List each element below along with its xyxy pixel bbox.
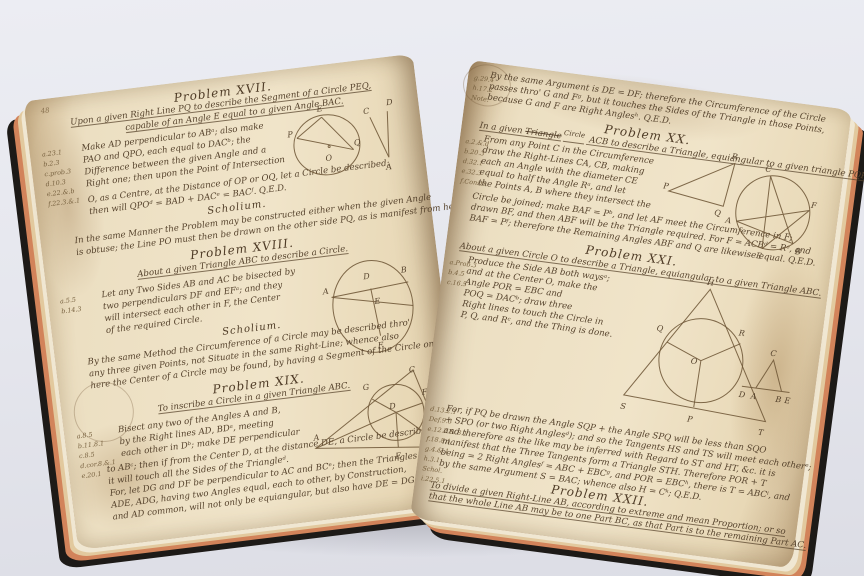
diagram-label: Q (714, 208, 722, 218)
diagram-label: E (755, 251, 763, 261)
center-dot (328, 145, 330, 147)
angle-figure (369, 111, 392, 159)
diagram-label: Q (656, 324, 664, 334)
diagram-label: P (286, 130, 294, 140)
diagram-label: R (737, 328, 745, 338)
diagram-label: C (363, 106, 370, 116)
diagram-circumscribed-triangle-p21: H Q R O S P T C D A B E (618, 268, 807, 443)
inserted-word: Circle (563, 129, 585, 140)
diagram-label: S (620, 402, 627, 412)
diagram-label: D (385, 97, 394, 107)
diagram-label: E (315, 104, 323, 114)
diagram-label: C (765, 164, 772, 174)
diagram-label: B (793, 247, 801, 257)
diagram-label: E (394, 451, 402, 461)
diagram-label: C (770, 349, 777, 359)
diagram-label: O (690, 356, 698, 366)
photo-of-open-manuscript-book: { "colors": { "backdrop": "#e6e7ee", "pa… (0, 0, 864, 576)
given-triangle-shape (742, 356, 794, 392)
diagram-label: F (810, 201, 818, 211)
diagram-label: O (325, 153, 333, 163)
diagram-label: Q (353, 138, 361, 148)
diagram-label: P (662, 181, 670, 191)
diagram-label: D (737, 390, 746, 400)
chord-lines (295, 114, 354, 156)
inscribed-star-lines (733, 173, 813, 255)
diagram-triangle-in-circle-p20: P R Q C F B E A (657, 147, 823, 266)
problem-18-margin-notes: a.5.5b.14.3 (59, 292, 101, 317)
diagram-label: E (783, 396, 791, 406)
diagram-label: A (749, 391, 757, 401)
diagram-label: D (388, 401, 397, 411)
diagram-label: A (321, 287, 329, 297)
diagram-label: A (385, 162, 393, 172)
diagram-label: D (362, 272, 371, 282)
diagram-label: G (362, 382, 370, 392)
right-page-content: g.29.4h.17.2Note. By the same Argument i… (420, 69, 829, 550)
diagram-circle-segment-p17: P E O Q C D A (285, 86, 410, 193)
diagram-label: A (724, 216, 732, 226)
diagram-label: C (408, 365, 415, 375)
left-page-content: 48 Problem XVII. Upon a given Right Line… (46, 64, 450, 532)
tangent-triangle-shape (623, 280, 782, 422)
diagram-label: R (730, 152, 738, 162)
diagram-label: H (706, 278, 716, 288)
left-page-assembly: 48 Problem XVII. Upon a given Right Line… (23, 54, 467, 550)
diagram-label: P (686, 414, 694, 424)
diagram-label: T (757, 428, 764, 438)
right-page-assembly: g.29.4h.17.2Note. By the same Argument i… (410, 60, 852, 568)
diagram-label: E (373, 296, 381, 306)
diagram-label: B (774, 395, 782, 405)
diagram-label: B (399, 265, 407, 275)
diagram-label: A (312, 433, 320, 443)
given-triangle-shape (668, 155, 735, 207)
struck-word: Triangle (525, 127, 563, 142)
radii-lines (659, 334, 740, 412)
